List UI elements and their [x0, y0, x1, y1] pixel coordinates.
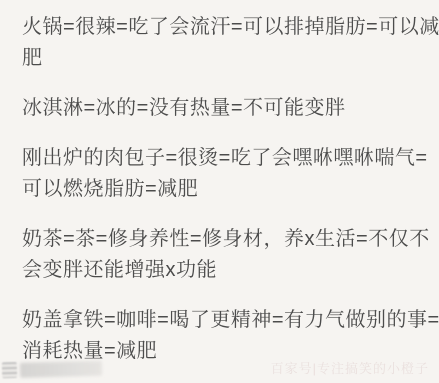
text-content: 火锅=很辣=吃了会流汗=可以排掉脂肪=可以减 肥 冰淇淋=冰的=没有热量=不可能… [0, 0, 439, 367]
text-line: 会变胖还能增强x功能 [22, 255, 425, 286]
paragraph-icecream: 冰淇淋=冰的=没有热量=不可能变胖 [22, 93, 425, 124]
text-line: 刚出炉的肉包子=很烫=吃了会嘿咻嘿咻喘气= [22, 143, 425, 174]
blurred-watermark [2, 360, 102, 379]
paragraph-hotpot: 火锅=很辣=吃了会流汗=可以排掉脂肪=可以减 肥 [22, 12, 425, 74]
watermark-text: 百家号|专注搞笑的小橙子 [271, 358, 429, 377]
text-line: 奶茶=茶=修身养性=修身材，养x生活=不仅不 [22, 224, 425, 255]
paragraph-meatbun: 刚出炉的肉包子=很烫=吃了会嘿咻嘿咻喘气= 可以燃烧脂肪=减肥 [22, 143, 425, 205]
text-line: 冰淇淋=冰的=没有热量=不可能变胖 [22, 93, 425, 124]
meme-text-screenshot: 火锅=很辣=吃了会流汗=可以排掉脂肪=可以减 肥 冰淇淋=冰的=没有热量=不可能… [0, 0, 439, 383]
blur-bar [20, 360, 102, 377]
text-line: 肥 [22, 43, 425, 74]
paragraph-milktea: 奶茶=茶=修身养性=修身材，养x生活=不仅不 会变胖还能增强x功能 [22, 224, 425, 286]
text-line: 可以燃烧脂肪=减肥 [22, 174, 425, 205]
text-line: 奶盖拿铁=咖啡=喝了更精神=有力气做别的事= [22, 305, 425, 336]
text-line: 火锅=很辣=吃了会流汗=可以排掉脂肪=可以减 [22, 12, 425, 43]
blurred-logo-icon [2, 362, 17, 378]
